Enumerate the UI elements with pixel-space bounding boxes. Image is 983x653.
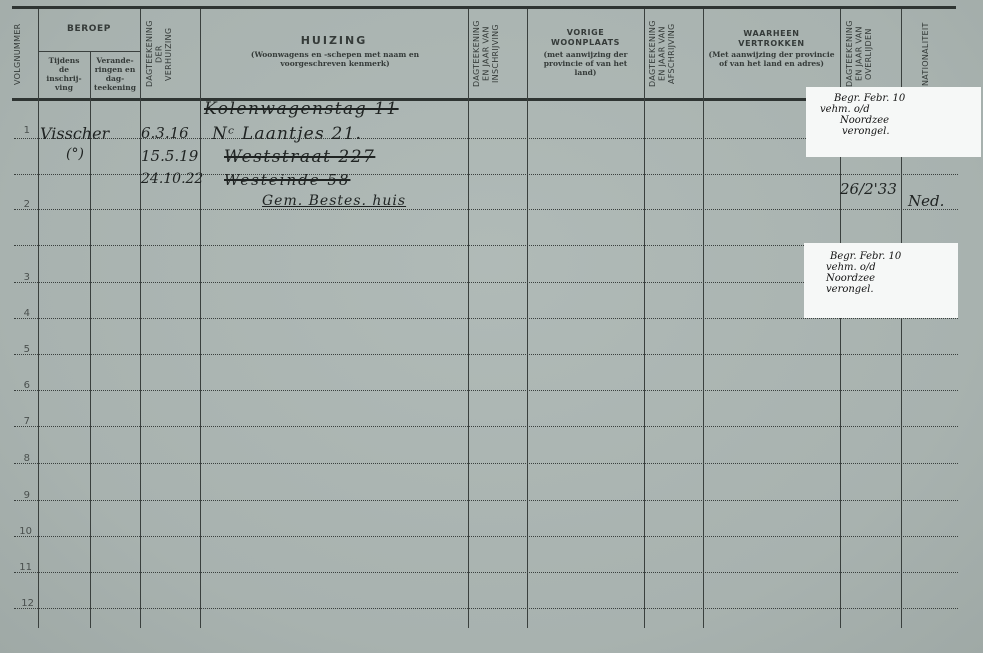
pasted-note: Begr. Febr. 10 vehm. o/d Noordzee verong…: [804, 243, 958, 318]
row-number: 5: [10, 344, 30, 355]
note-line: Begr. Febr. 10: [826, 251, 958, 262]
header-huizing-sub: (Woonwagens en -schepen met naam en voor…: [230, 50, 440, 68]
row-number: 3: [10, 272, 30, 283]
beroep-divider: [38, 51, 140, 52]
header-vorige-woonplaats-sub: (met aanwijzing der provincie of van het…: [535, 50, 636, 77]
row-line: [14, 536, 958, 537]
note-line: vehm. o/d: [826, 262, 958, 273]
row-line: [14, 354, 958, 355]
header-beroep: BEROEP: [38, 24, 140, 34]
overlijden-date: 26/2'33: [840, 180, 897, 198]
address-entry: Kolenwagenstag 11: [204, 99, 399, 119]
header-beroep-veranderingen: Verande- ringen en dag- teekening: [90, 56, 140, 92]
row-line: [14, 318, 958, 319]
row-line: [14, 500, 958, 501]
address-entry: Weststraat 227: [224, 147, 375, 167]
row-line: [14, 572, 958, 573]
row-number: 1: [10, 125, 30, 136]
beroep-value: Visscher: [40, 124, 109, 143]
row-number: 12: [14, 598, 34, 609]
verhuizing-date: 24.10.22: [141, 171, 203, 187]
row-number: 2: [10, 199, 30, 210]
row-line: [14, 608, 958, 609]
header-waarheen-vertrokken: WAARHEEN VERTROKKEN: [703, 29, 840, 49]
header-top-rule: [12, 6, 956, 9]
note-line: Noordzee: [826, 273, 958, 284]
register-card: VOLGNUMMER BEROEP Tijdens de inschrij- v…: [0, 0, 983, 653]
header-dagteekening-inschrijving: DAGTEEKENING EN JAAR VAN INSCHRIJVING: [472, 12, 522, 96]
header-waarheen-vertrokken-sub: (Met aanwijzing der provincie of van het…: [708, 50, 835, 68]
header-vorige-woonplaats: VORIGE WOONPLAATS: [527, 28, 644, 48]
verhuizing-date: 6.3.16: [141, 124, 189, 142]
row-line: [14, 463, 958, 464]
row-number: 10: [12, 526, 32, 537]
nationaliteit-value: Ned.: [908, 192, 944, 210]
note-line: verongel.: [826, 284, 958, 295]
address-entry: Westeinde 58: [224, 171, 350, 189]
row-line: [14, 209, 958, 210]
row-number: 4: [10, 308, 30, 319]
note-line: Noordzee: [820, 115, 981, 126]
row-number: 7: [10, 416, 30, 427]
row-line: [14, 426, 958, 427]
row-number: 6: [10, 380, 30, 391]
header-dagteekening-verhuizing: DAGTEEKENING DER VERHUIZING: [145, 12, 195, 96]
header-huizing: HUIZING: [200, 34, 468, 47]
address-entry: Nᶜ Laantjes 21.: [212, 124, 362, 144]
address-entry: Gem. Bestes. huis: [262, 193, 406, 209]
row-number: 11: [12, 562, 32, 573]
row-number: 8: [10, 453, 30, 464]
pasted-note: Begr. Febr. 10 vehm. o/d Noordzee verong…: [806, 87, 981, 157]
header-beroep-tijdens: Tijdens de inschrij- ving: [38, 56, 90, 92]
header-dagteekening-afschrijving: DAGTEEKENING EN JAAR VAN AFSCHRIJVING: [648, 12, 698, 96]
note-line: vehm. o/d: [820, 104, 981, 115]
beroep-note: (°): [66, 146, 84, 162]
note-line: Begr. Febr. 10: [820, 93, 981, 104]
header-nationaliteit: NATIONALITEIT: [921, 12, 937, 96]
header-volgnummer: VOLGNUMMER: [13, 14, 33, 94]
row-line: [14, 390, 958, 391]
header-dagteekening-overlijden: DAGTEEKENING EN JAAR VAN OVERLIJDEN: [845, 12, 895, 96]
row-number: 9: [10, 490, 30, 501]
verhuizing-date: 15.5.19: [141, 147, 198, 165]
note-line: verongel.: [820, 126, 981, 137]
